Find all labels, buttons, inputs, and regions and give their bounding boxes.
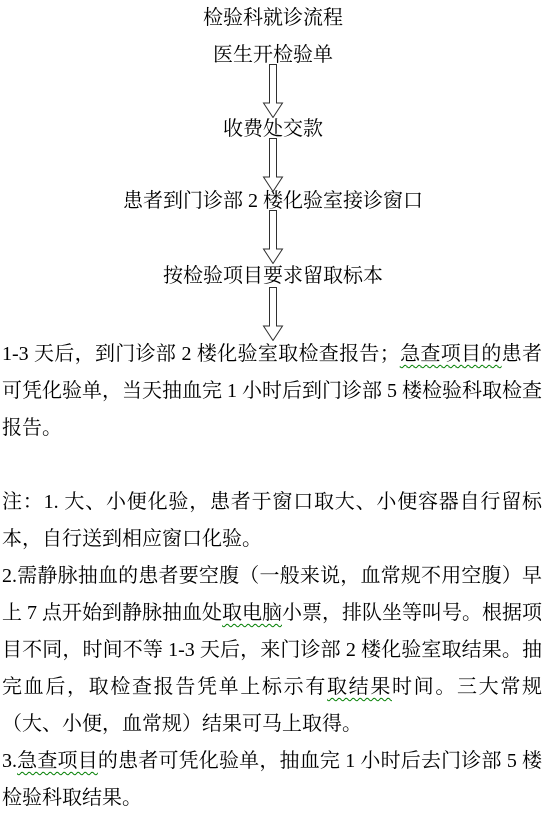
down-arrow-icon (261, 138, 285, 192)
note-item-3: 3.急查项目的患者可凭化验单，抽血完 1 小时后去门诊部 5 楼检验科取结果。 (2, 743, 542, 817)
spellcheck-wavy-text: 取电脑 (222, 602, 282, 624)
flowchart-title: 检验科就诊流程 (0, 6, 546, 30)
report-pickup-paragraph: 1-3 天后，到门诊部 2 楼化验室取检查报告；急查项目的患者可凭化验单，当天抽… (2, 336, 542, 447)
flow-step-collect-specimen: 按检验项目要求留取标本 (0, 264, 546, 288)
document-page: 检验科就诊流程 医生开检验单 收费处交款 患者到门诊部 2 楼化验室接诊窗口 按… (0, 0, 546, 822)
note-item-1: 注：1. 大、小便化验，患者于窗口取大、小便容器自行留标本，自行送到相应窗口化验… (2, 484, 542, 558)
spellcheck-wavy-text: 急查项目 (17, 750, 98, 772)
notes-section: 注：1. 大、小便化验，患者于窗口取大、小便容器自行留标本，自行送到相应窗口化验… (2, 484, 542, 817)
down-arrow-icon (261, 64, 285, 118)
text-run: 3. (2, 750, 17, 772)
down-arrow-icon (261, 287, 285, 341)
text-run: 1-3 天后，到门诊部 2 楼化验室取检查报告； (2, 343, 400, 365)
note-item-2: 2.需静脉抽血的患者要空腹（一般来说，血常规不用空腹）早上 7 点开始到静脉抽血… (2, 558, 542, 743)
spellcheck-wavy-text: 急查项目的 (400, 343, 502, 365)
text-run: 注：1. 大、小便化验，患者于窗口取大、小便容器自行留标本，自行送到相应窗口化验… (2, 491, 542, 550)
spellcheck-wavy-text: 取结果 (327, 676, 392, 698)
down-arrow-icon (261, 210, 285, 264)
